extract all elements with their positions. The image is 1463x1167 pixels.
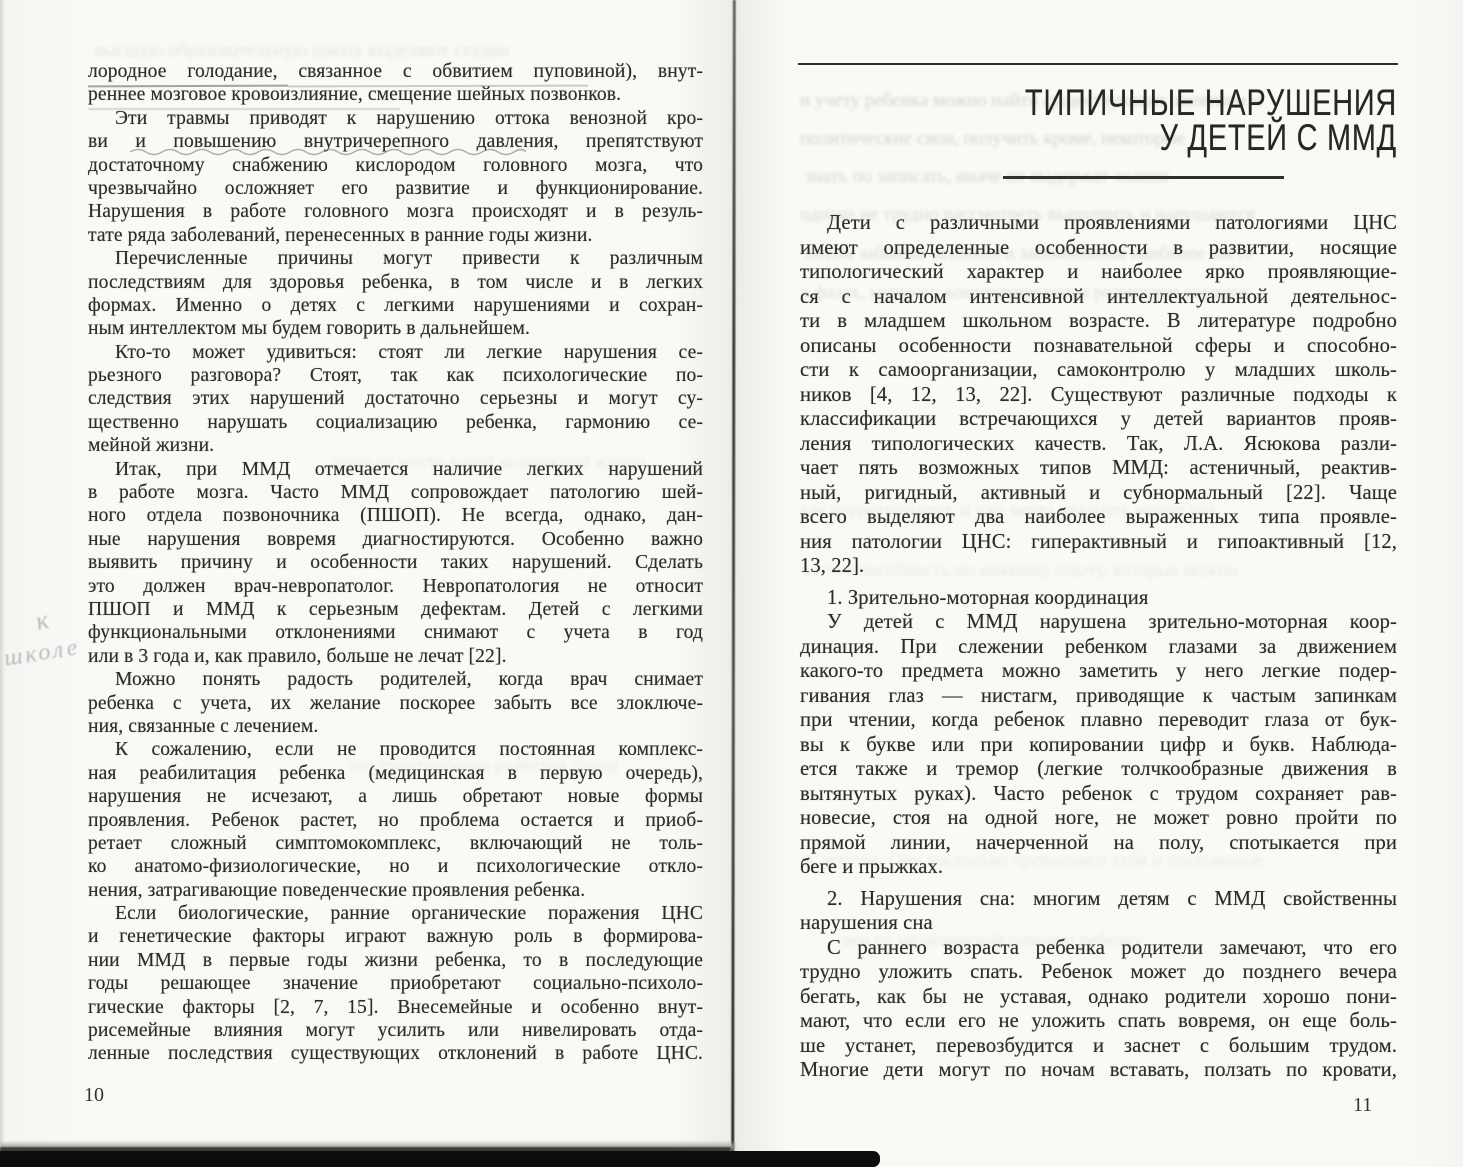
text-line: или в 3 года и, как правило, больше не л… <box>88 645 703 668</box>
text-line: достаточному снабжению кислородом головн… <box>88 154 703 177</box>
text-line: проявления. Ребенок растет, но проблема … <box>88 809 703 832</box>
text-line: Кто-то может удивиться: стоят ли легкие … <box>88 341 703 364</box>
chapter-rule-top <box>798 63 1398 65</box>
text-line: годы решающее значение приобретают социа… <box>88 972 703 995</box>
text-line: щественно нарушать социализацию ребенка,… <box>88 411 703 434</box>
text-line: нии ММД в первые годы жизни ребенка, то … <box>88 949 703 972</box>
text-line: У детей с ММД нарушена зрительно-моторна… <box>800 610 1397 635</box>
book-scan: { "left_page": { "page_number": "10", "p… <box>0 0 1463 1167</box>
text-line: следствия этих нарушений достаточно серь… <box>88 387 703 410</box>
text-line: какого-то предмета можно заметить у него… <box>800 659 1397 684</box>
pencil-underline <box>88 108 400 110</box>
paragraph: Итак, при ММД отмечается наличие легких … <box>88 458 703 669</box>
pencil-wavy-underline <box>130 147 526 156</box>
text-line: беге и прыжках. <box>800 855 1397 880</box>
text-line: имеют определенные особенности в развити… <box>800 236 1397 261</box>
text-line: нарушения не исчезают, а лишь обретают н… <box>88 785 703 808</box>
text-line: бегать, как бы не уставая, однако родите… <box>800 985 1397 1010</box>
text-line: трудно уложить спать. Ребенок может до п… <box>800 960 1397 985</box>
text-line: всего выделяют два наиболее выраженных т… <box>800 505 1397 530</box>
text-line: ПШОП и ММД к серьезным дефектам. Детей с… <box>88 598 703 621</box>
text-line: ется также и тремор (легкие толчкообразн… <box>800 757 1397 782</box>
text-line: ным интеллектом мы будем говорить в даль… <box>88 317 703 340</box>
text-line: ти в младшем школьном возрасте. В литера… <box>800 309 1397 334</box>
text-line: вытянутых руках). Часто ребенок с трудом… <box>800 782 1397 807</box>
chapter-rule-bottom <box>1003 176 1284 179</box>
text-line: описаны особенности познавательной сферы… <box>800 334 1397 359</box>
paragraph: У детей с ММД нарушена зрительно-моторна… <box>800 610 1397 880</box>
paragraph: Эти травмы приводят к нарушению оттока в… <box>88 107 703 247</box>
text-line: ные нарушения вовремя диагностируются. О… <box>88 528 703 551</box>
text-line: Многие дети могут по ночам вставать, пол… <box>800 1058 1397 1083</box>
text-line: выявить причину и особенности таких нару… <box>88 551 703 574</box>
text-line: ный, ригидный, активный и субнормальный … <box>800 481 1397 506</box>
text-line: функциональными отклонениями снимают с у… <box>88 621 703 644</box>
text-line: ребенка с учета, их желание поскорее заб… <box>88 692 703 715</box>
text-line: динация. При слежении ребенком глазами з… <box>800 635 1397 660</box>
text-line: типологический характер и наиболее ярко … <box>800 260 1397 285</box>
text-line: нения, затрагивающие поведенческие прояв… <box>88 879 703 902</box>
chapter-heading-line2: У ДЕТЕЙ С ММД <box>931 120 1397 155</box>
text-line: ников [4, 12, 13, 22]. Существуют различ… <box>800 383 1397 408</box>
paragraph: Можно понять радость родителей, когда вр… <box>88 668 703 738</box>
left-page-number: 10 <box>84 1084 104 1107</box>
text-line: 2. Нарушения сна: многим детям с ММД сво… <box>800 887 1397 912</box>
text-line: Перечисленные причины могут привести к р… <box>88 247 703 270</box>
text-line: ше устанет, перевозбудится и заснет с бо… <box>800 1034 1397 1059</box>
text-line: мейной жизни. <box>88 434 703 457</box>
paragraph: Перечисленные причины могут привести к р… <box>88 247 703 341</box>
text-line: прямой линии, начерченной на полу, споты… <box>800 831 1397 856</box>
paragraph: 2. Нарушения сна: многим детям с ММД сво… <box>800 887 1397 936</box>
text-line: ния, связанные с лечением. <box>88 715 703 738</box>
scan-left-edge <box>0 0 5 1167</box>
paragraph: Кто-то может удивиться: стоят ли легкие … <box>88 341 703 458</box>
text-line: Итак, при ММД отмечается наличие легких … <box>88 458 703 481</box>
text-line: в работе мозга. Часто ММД сопровождает п… <box>88 481 703 504</box>
paragraph: С раннего возраста ребенка родители заме… <box>800 936 1397 1083</box>
scan-bottom-bar <box>0 1151 880 1167</box>
text-line: ния патологии ЦНС: гиперактивный и гипоа… <box>800 530 1397 555</box>
text-line: чает пять возможных типов ММД: астеничны… <box>800 456 1397 481</box>
text-line: 1. Зрительно-моторная координация <box>800 586 1397 611</box>
text-line: ко анатомо-физиологические, но и психоло… <box>88 855 703 878</box>
text-line: Эти травмы приводят к нарушению оттока в… <box>88 107 703 130</box>
bleedthrough-text: высшую образовательную школу выделяют ст… <box>95 40 655 62</box>
text-line: и генетические факторы играют важную рол… <box>88 925 703 948</box>
paragraph: 1. Зрительно-моторная координация <box>800 586 1397 611</box>
text-line: последствиям для здоровья ребенка, в том… <box>88 271 703 294</box>
chapter-heading: ТИПИЧНЫЕ НАРУШЕНИЯ У ДЕТЕЙ С ММД <box>931 85 1397 155</box>
text-line: при чтении, когда ребенок плавно перевод… <box>800 708 1397 733</box>
text-line: новесие, стоя на одной ноге, не может ро… <box>800 806 1397 831</box>
text-line: ления типологических качеств. Так, Л.А. … <box>800 432 1397 457</box>
chapter-heading-line1: ТИПИЧНЫЕ НАРУШЕНИЯ <box>931 85 1397 120</box>
left-page-text-column: лородное голодание, связанное с обвитием… <box>88 60 703 1066</box>
text-line: Дети с различными проявлениями патология… <box>800 211 1397 236</box>
text-line: тате ряда заболеваний, перенесенных в ра… <box>88 224 703 247</box>
text-line: 13, 22]. <box>800 554 1397 579</box>
paragraph: Дети с различными проявлениями патология… <box>800 211 1397 579</box>
text-line: чрезвычайно осложняет его развитие и фун… <box>88 177 703 200</box>
text-line: гивания глаз — нистагм, приводящие к час… <box>800 684 1397 709</box>
text-line: ного отдела позвоночника (ПШОП). Не всег… <box>88 504 703 527</box>
text-line: Можно понять радость родителей, когда вр… <box>88 668 703 691</box>
text-line: ная реабилитация ребенка (медицинская в … <box>88 762 703 785</box>
paragraph: К сожалению, если не проводится постоянн… <box>88 738 703 902</box>
text-line: рьезного разговора? Стоят, так как психо… <box>88 364 703 387</box>
text-line: С раннего возраста ребенка родители заме… <box>800 936 1397 961</box>
text-line: лородное голодание, связанное с обвитием… <box>88 60 703 83</box>
handwritten-margin-note: к <box>33 605 52 637</box>
text-line: классификации встречающихся у детей вари… <box>800 407 1397 432</box>
text-line: сти к самоорганизации, самоконтролю у мл… <box>800 358 1397 383</box>
text-line: Нарушения в работе головного мозга проис… <box>88 200 703 223</box>
handwritten-margin-note: школе <box>2 634 82 673</box>
text-line: формах. Именно о детях с легкими нарушен… <box>88 294 703 317</box>
text-line: вы к букве или при копировании цифр и бу… <box>800 733 1397 758</box>
text-line: мают, что если его не уложить спать вовр… <box>800 1009 1397 1034</box>
text-line: это должен врач-невропатолог. Невропатол… <box>88 575 703 598</box>
right-page-text-column: Дети с различными проявлениями патология… <box>800 211 1397 1083</box>
text-line: ленные последствия существующих отклонен… <box>88 1042 703 1065</box>
text-line: ретает сложный симптомокомплекс, включаю… <box>88 832 703 855</box>
text-line: гические факторы [2, 7, 15]. Внесемейные… <box>88 996 703 1019</box>
text-line: ся с началом интенсивной интеллектуально… <box>800 285 1397 310</box>
text-line: нарушения сна <box>800 911 1397 936</box>
text-line: Если биологические, ранние органические … <box>88 902 703 925</box>
right-page-number: 11 <box>1353 1094 1372 1117</box>
text-line: рисемейные влияния могут усилить или нив… <box>88 1019 703 1042</box>
paragraph: Если биологические, ранние органические … <box>88 902 703 1066</box>
paragraph: лородное голодание, связанное с обвитием… <box>88 60 703 107</box>
book-gutter-line <box>731 0 736 1167</box>
text-line: К сожалению, если не проводится постоянн… <box>88 738 703 761</box>
